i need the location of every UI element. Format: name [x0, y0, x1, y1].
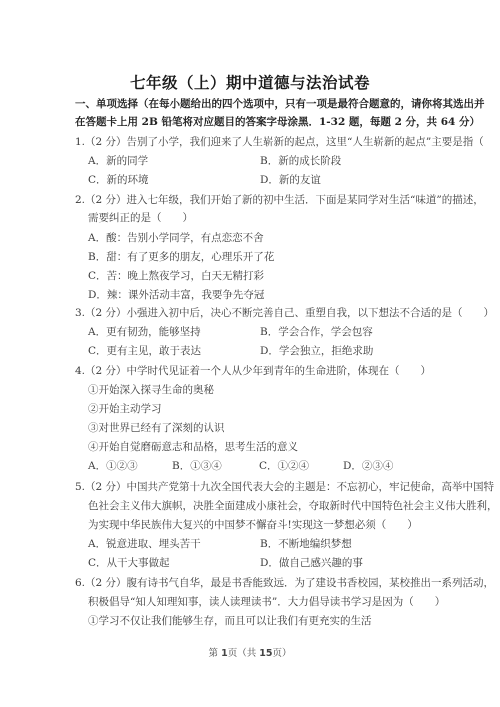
option-a: A．锐意进取、埋头苦干 [88, 537, 201, 551]
current-page-number: 1 [221, 648, 228, 659]
question-stem: 6.（2 分）腹有诗书气自华，最是书香能致远．为了建设书香校园，某校推出一系列活… [75, 576, 494, 590]
question-stem: 3.（2 分）小强进入初中后，决心不断完善自己、重塑自我，以下想法不合适的是（ … [75, 306, 494, 320]
option-c: C．新的环境 [88, 173, 149, 187]
statement-1: ①开始深入探寻生命的奥秘 [88, 383, 214, 397]
question-stem-continued: 为实现中华民族伟大复兴的中国梦不懈奋斗!实现这一梦想必须（ ） [88, 518, 418, 532]
option-c: C．苦：晚上熬夜学习，白天无精打彩 [88, 269, 264, 283]
total-pages: 15 [259, 648, 272, 659]
option-d: D．学会独立，拒绝求助 [260, 344, 373, 358]
question-stem-continued: 色社会主义伟大旗帜，决胜全面建成小康社会，夺取新时代中国特色社会主义伟大胜利， [88, 499, 498, 513]
option-d: D．辣：课外活动丰富，我要争先夺冠 [88, 288, 264, 302]
option-b: B．不断地编织梦想 [260, 537, 352, 551]
statement-1: ①学习不仅让我们能够生存，而且可以让我们有更充实的生活 [88, 614, 372, 628]
option-c: C．从干大事做起 [88, 556, 170, 570]
option-b: B．甜：有了更多的朋友，心理乐开了花 [88, 250, 274, 264]
option-c: C．①②④ [259, 459, 309, 473]
question-stem: 1.（2 分）告别了小学，我们迎来了人生崭新的起点，这里“人生崭新的起点”主要是… [75, 135, 500, 149]
option-b: B．学会合作，学会包容 [260, 325, 373, 339]
statement-2: ②开始主动学习 [88, 402, 162, 416]
option-d: D．新的友谊 [260, 173, 321, 187]
option-d: D．做自己感兴趣的事 [260, 556, 363, 570]
question-stem: 4.（2 分）中学时代见证着一个人从少年到青年的生命进阶，体现在（ ） [75, 364, 431, 378]
option-c: C．更有主见，敢于表达 [88, 344, 201, 358]
section-instructions-line-1: 一、单项选择（在每小题给出的四个选项中，只有一项是最符合题意的，请你将其选出并 [75, 97, 485, 111]
question-stem-continued: 需要纠正的是（ ） [88, 211, 193, 225]
option-a: A．酸：告别小学同学，有点恋恋不舍 [88, 231, 264, 245]
option-a: A．①②③ [88, 459, 138, 473]
question-stem: 5.（2 分）中国共产党第十九次全国代表大会的主题是：不忘初心，牢记使命，高举中… [75, 480, 494, 494]
section-instructions-line-2: 在答题卡上用 2B 铅笔将对应题目的答案字母涂黑．1-32 题，每题 2 分，共… [75, 115, 480, 129]
question-stem: 2.（2 分）进入七年级，我们开始了新的初中生活．下面是某同学对生活“味道”的描… [75, 193, 484, 207]
question-stem-continued: 积极倡导“知人知理知事，读人读理读书”．大力倡导读书学习是因为（ ） [88, 595, 445, 609]
footer-suffix: 页） [272, 648, 291, 659]
footer-prefix: 第 [209, 648, 222, 659]
statement-3: ③对世界已经有了深刻的认识 [88, 421, 225, 435]
option-a: A．更有韧劲，能够坚持 [88, 325, 201, 339]
page-footer: 第 1页（共 15页） [0, 645, 500, 659]
option-b: B．新的成长阶段 [260, 154, 341, 168]
statement-4: ④开始自觉磨砺意志和品格，思考生活的意义 [88, 440, 298, 454]
footer-middle: 页（共 [228, 648, 260, 659]
page-title: 七年级（上）期中道德与法治试卷 [0, 71, 500, 93]
option-a: A．新的同学 [88, 154, 148, 168]
option-b: B．①③④ [172, 459, 222, 473]
option-d: D．②③④ [343, 459, 393, 473]
